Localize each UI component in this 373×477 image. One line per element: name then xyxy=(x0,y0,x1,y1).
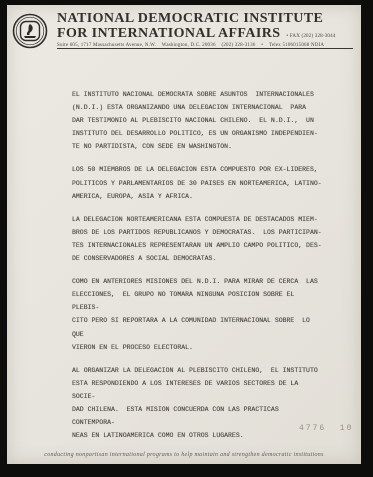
paragraph-2: LOS 50 MIEMBROS DE LA DELEGACION ESTA CO… xyxy=(72,163,324,202)
paragraph-5: AL ORGANIZAR LA DELEGACION AL PLEBISCITO… xyxy=(72,364,324,443)
fax-note: • FAX (202) 328-3044 xyxy=(286,34,335,41)
org-name-line1: NATIONAL DEMOCRATIC INSTITUTE xyxy=(57,11,355,26)
letterhead: NATIONAL DEMOCRATIC INSTITUTE FOR INTERN… xyxy=(57,11,355,48)
letter-page: NATIONAL DEMOCRATIC INSTITUTE FOR INTERN… xyxy=(7,5,361,464)
paragraph-3: LA DELEGACION NORTEAMERICANA ESTA COMPUE… xyxy=(72,213,324,265)
ndi-seal-icon xyxy=(11,12,49,50)
archive-stamp-number: 4776 10 xyxy=(299,424,353,433)
scanned-document: NATIONAL DEMOCRATIC INSTITUTE FOR INTERN… xyxy=(0,0,373,477)
org-name-line2: FOR INTERNATIONAL AFFAIRS xyxy=(57,26,280,41)
paragraph-1: EL INSTITUTO NACIONAL DEMOCRATA SOBRE AS… xyxy=(72,88,324,153)
letter-body: EL INSTITUTO NACIONAL DEMOCRATA SOBRE AS… xyxy=(72,88,324,452)
letterhead-rule xyxy=(57,48,353,49)
footer-motto: conducting nonpartisan international pro… xyxy=(7,452,361,458)
paragraph-4: COMO EN ANTERIORES MISIONES DEL N.D.I. P… xyxy=(72,275,324,354)
